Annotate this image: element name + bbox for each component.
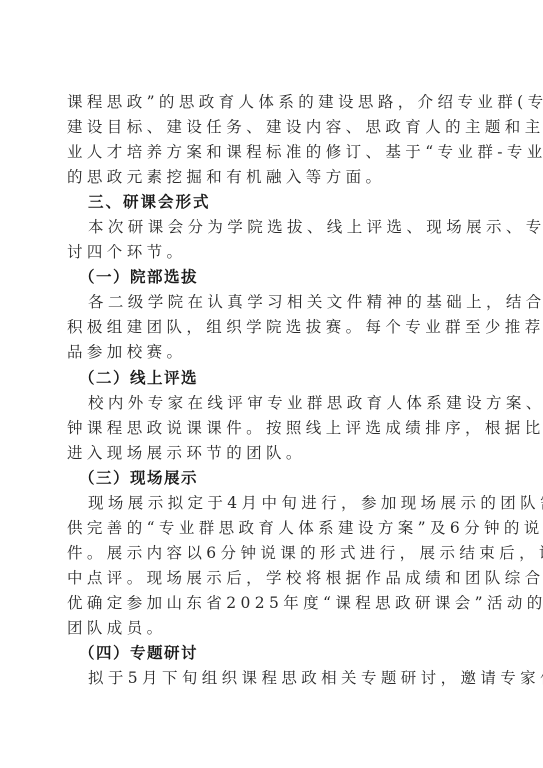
body-line: 现场展示拟定于4月中旬进行，参加现场展示的团队需提	[67, 491, 472, 516]
subheading-onsite-presentation: （三）现场展示	[67, 466, 472, 491]
body-line: 团队成员。	[67, 616, 472, 641]
body-line: 业人才培养方案和课程标准的修订、基于“专业群-专业-课程”	[67, 140, 472, 165]
body-line: 讨四个环节。	[67, 240, 472, 265]
body-line: 中点评。现场展示后，学校将根据作品成绩和团队综合表现择	[67, 566, 472, 591]
subheading-college-selection: （一）院部选拔	[67, 265, 472, 290]
body-line: 进入现场展示环节的团队。	[67, 441, 472, 466]
body-line: 建设目标、建设任务、建设内容、思政育人的主题和主线、专	[67, 115, 472, 140]
body-line: 本次研课会分为学院选拔、线上评选、现场展示、专题研	[67, 215, 472, 240]
body-line: 各二级学院在认真学习相关文件精神的基础上，结合实际	[67, 290, 472, 315]
body-line: 拟于5月下旬组织课程思政相关专题研讨，邀请专家作课	[67, 666, 472, 691]
body-line: 钟课程思政说课课件。按照线上评选成绩排序，根据比例确定	[67, 416, 472, 441]
body-line: 积极组建团队，组织学院选拔赛。每个专业群至少推荐一个作	[67, 315, 472, 340]
body-line: 的思政元素挖掘和有机融入等方面。	[67, 165, 472, 190]
body-line: 校内外专家在线评审专业群思政育人体系建设方案、6分	[67, 391, 472, 416]
body-line: 课程思政”的思政育人体系的建设思路，介绍专业群(专业)的	[67, 90, 472, 115]
document-body: 课程思政”的思政育人体系的建设思路，介绍专业群(专业)的 建设目标、建设任务、建…	[67, 90, 472, 691]
body-line: 优确定参加山东省2025年度“课程思政研课会”活动的项目和	[67, 591, 472, 616]
body-line: 供完善的“专业群思政育人体系建设方案”及6分钟的说课课	[67, 516, 472, 541]
body-line: 品参加校赛。	[67, 340, 472, 365]
subheading-topic-seminar: （四）专题研讨	[67, 641, 472, 666]
subheading-online-review: （二）线上评选	[67, 366, 472, 391]
body-line: 件。展示内容以6分钟说课的形式进行，展示结束后，评委集	[67, 541, 472, 566]
document-page: 课程思政”的思政育人体系的建设思路，介绍专业群(专业)的 建设目标、建设任务、建…	[0, 0, 543, 768]
section-heading-format: 三、研课会形式	[67, 190, 472, 215]
